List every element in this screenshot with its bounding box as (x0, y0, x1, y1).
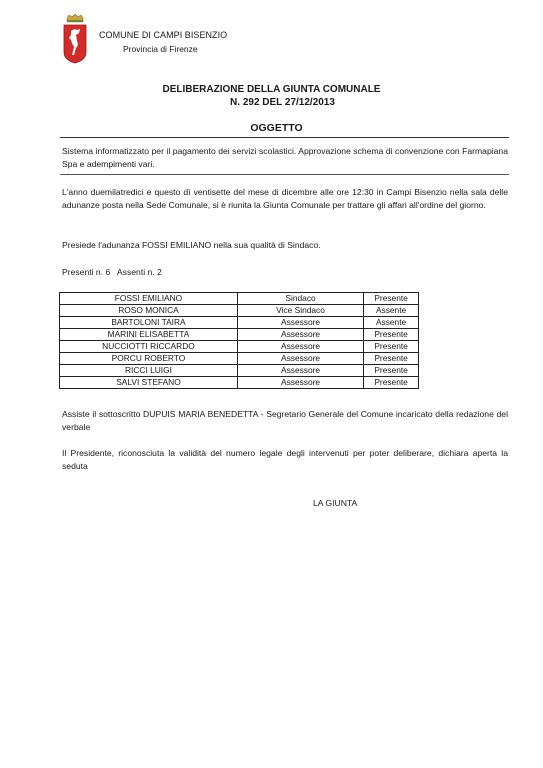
opening-paragraph: Il Presidente, riconosciuta la validità … (62, 447, 508, 473)
member-name: MARINI ELISABETTA (60, 329, 238, 341)
member-role: Vice Sindaco (237, 305, 363, 317)
member-status: Presente (364, 293, 419, 305)
president-paragraph: Presiede l'adunanza FOSSI EMILIANO nella… (62, 239, 508, 252)
oggetto-heading: OGGETTO (0, 122, 543, 134)
member-status: Presente (364, 377, 419, 389)
member-status: Presente (364, 329, 419, 341)
member-name: SALVI STEFANO (60, 377, 238, 389)
province-name: Provincia di Firenze (123, 44, 198, 54)
table-row: NUCCIOTTI RICCARDOAssessorePresente (60, 341, 419, 353)
attendance-summary: Presenti n. 6 Assenti n. 2 (62, 266, 508, 279)
table-row: BARTOLONI TAIRAAssessoreAssente (60, 317, 419, 329)
secretary-paragraph: Assiste il sottoscritto DUPUIS MARIA BEN… (62, 408, 508, 434)
attendance-table: FOSSI EMILIANOSindacoPresenteROSO MONICA… (59, 292, 419, 389)
member-role: Assessore (237, 365, 363, 377)
member-role: Assessore (237, 353, 363, 365)
member-name: FOSSI EMILIANO (60, 293, 238, 305)
divider-top (60, 137, 509, 138)
member-status: Assente (364, 317, 419, 329)
member-name: ROSO MONICA (60, 305, 238, 317)
member-status: Assente (364, 305, 419, 317)
table-row: PORCU ROBERTOAssessorePresente (60, 353, 419, 365)
table-row: SALVI STEFANOAssessorePresente (60, 377, 419, 389)
signature-label: LA GIUNTA (313, 498, 357, 508)
member-name: BARTOLONI TAIRA (60, 317, 238, 329)
member-name: PORCU ROBERTO (60, 353, 238, 365)
member-status: Presente (364, 353, 419, 365)
member-role: Assessore (237, 377, 363, 389)
member-role: Assessore (237, 341, 363, 353)
table-row: MARINI ELISABETTAAssessorePresente (60, 329, 419, 341)
member-role: Assessore (237, 317, 363, 329)
coat-of-arms-icon (63, 14, 87, 64)
table-row: RICCI LUIGIAssessorePresente (60, 365, 419, 377)
document-number: N. 292 DEL 27/12/2013 (0, 97, 543, 108)
member-status: Presente (364, 341, 419, 353)
organization-name: COMUNE DI CAMPI BISENZIO (99, 30, 227, 40)
document-title: DELIBERAZIONE DELLA GIUNTA COMUNALE (0, 84, 543, 95)
member-role: Assessore (237, 329, 363, 341)
member-name: NUCCIOTTI RICCARDO (60, 341, 238, 353)
divider-bottom (60, 174, 509, 175)
session-paragraph: L'anno duemilatredici e questo dì ventis… (62, 186, 508, 212)
member-role: Sindaco (237, 293, 363, 305)
table-row: FOSSI EMILIANOSindacoPresente (60, 293, 419, 305)
member-name: RICCI LUIGI (60, 365, 238, 377)
member-status: Presente (364, 365, 419, 377)
oggetto-text: Sistema informatizzato per il pagamento … (62, 145, 508, 171)
table-row: ROSO MONICAVice SindacoAssente (60, 305, 419, 317)
